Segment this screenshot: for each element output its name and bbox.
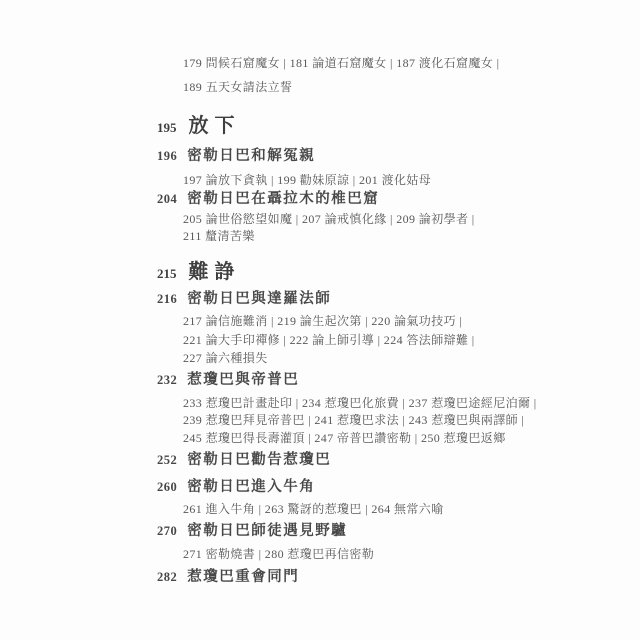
toc-part-title: 放下 <box>189 112 241 140</box>
toc-song-list-line: 261 進入牛角 | 263 驚訝的惹瓊巴 | 264 無常六喻 <box>183 500 444 518</box>
toc-chapter-entry: 216 密勒日巴與達羅法師 <box>157 289 331 309</box>
toc-song-list-line: 217 論信施難消 | 219 論生起次第 | 220 論氣功技巧 | <box>183 312 462 330</box>
toc-chapter-page-number: 216 <box>157 289 177 309</box>
toc-chapter-title: 密勒日巴在聶拉木的椎巴窟 <box>187 189 379 209</box>
toc-chapter-title: 密勒日巴勸告惹瓊巴 <box>187 450 331 470</box>
toc-part-page-number: 195 <box>157 114 177 142</box>
toc-chapter-page-number: 270 <box>157 521 177 541</box>
toc-chapter-page-number: 196 <box>157 146 177 166</box>
toc-chapter-title: 密勒日巴與達羅法師 <box>187 289 331 309</box>
toc-part-title: 難諍 <box>189 258 241 286</box>
toc-chapter-entry: 232 惹瓊巴與帝普巴 <box>157 370 299 390</box>
toc-song-list-line: 221 論大手印禪修 | 222 論上師引導 | 224 答法師辯難 | <box>183 331 475 349</box>
toc-part-heading: 215 難諍 <box>157 258 241 288</box>
toc-song-list-line: 239 惹瓊巴拜見帝普巴 | 241 惹瓊巴求法 | 243 惹瓊巴與兩譯師 | <box>183 411 524 429</box>
toc-chapter-entry: 282 惹瓊巴重會同門 <box>157 567 299 587</box>
toc-page: 179 問候石窟魔女 | 181 論道石窟魔女 | 187 渡化石窟魔女 | 1… <box>0 0 640 640</box>
toc-chapter-title: 密勒日巴和解冤親 <box>187 146 315 166</box>
toc-chapter-title: 惹瓊巴與帝普巴 <box>187 370 299 390</box>
toc-song-list-line: 227 論六種損失 <box>183 349 268 367</box>
toc-song-list-line: 211 釐清苦樂 <box>183 227 255 245</box>
toc-song-list-line: 189 五天女請法立誓 <box>183 78 292 96</box>
toc-song-list-line: 233 惹瓊巴計畫赴印 | 234 惹瓊巴化旅費 | 237 惹瓊巴途經尼泊爾 … <box>183 394 537 412</box>
toc-song-list-line: 245 惹瓊巴得長壽灌頂 | 247 帝普巴讚密勒 | 250 惹瓊巴返鄉 <box>183 429 506 447</box>
toc-song-list-line: 205 論世俗慾望如魔 | 207 論戒慎化緣 | 209 論初學者 | <box>183 210 475 228</box>
toc-chapter-entry: 270 密勒日巴師徒遇見野驢 <box>157 521 347 541</box>
toc-chapter-title: 惹瓊巴重會同門 <box>187 567 299 587</box>
toc-chapter-page-number: 232 <box>157 370 177 390</box>
toc-chapter-title: 密勒日巴師徒遇見野驢 <box>187 521 347 541</box>
toc-chapter-entry: 252 密勒日巴勸告惹瓊巴 <box>157 450 331 470</box>
toc-part-page-number: 215 <box>157 260 177 288</box>
toc-song-list-line: 271 密勒燒書 | 280 惹瓊巴再信密勒 <box>183 545 374 563</box>
toc-chapter-page-number: 260 <box>157 477 177 497</box>
toc-chapter-page-number: 252 <box>157 450 177 470</box>
toc-chapter-entry: 260 密勒日巴進入牛角 <box>157 477 315 497</box>
toc-chapter-entry: 196 密勒日巴和解冤親 <box>157 146 315 166</box>
toc-chapter-page-number: 204 <box>157 189 177 209</box>
toc-part-heading: 195 放下 <box>157 112 241 142</box>
toc-chapter-title: 密勒日巴進入牛角 <box>187 477 315 497</box>
toc-chapter-entry: 204 密勒日巴在聶拉木的椎巴窟 <box>157 189 379 209</box>
toc-chapter-page-number: 282 <box>157 567 177 587</box>
toc-song-list-line: 179 問候石窟魔女 | 181 論道石窟魔女 | 187 渡化石窟魔女 | <box>183 54 499 72</box>
toc-song-list-line: 197 論放下貪執 | 199 勸妹原諒 | 201 渡化姑母 <box>183 171 431 189</box>
